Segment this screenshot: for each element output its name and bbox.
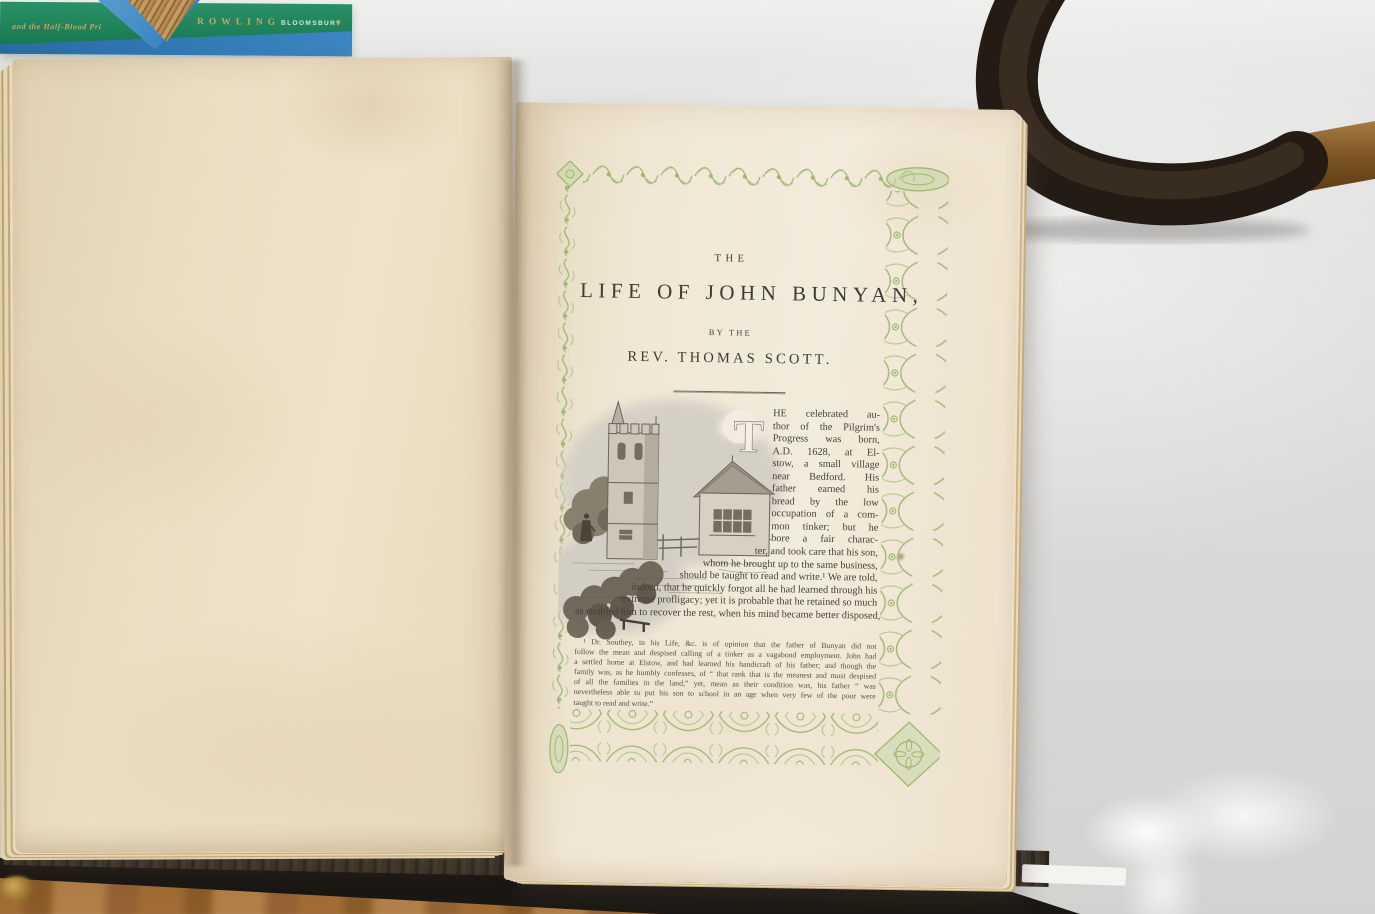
white-stain — [1030, 760, 1360, 914]
text-line: Progress was born, — [773, 433, 880, 447]
brass-knob — [0, 876, 34, 900]
text-line: HE celebrated au- — [773, 408, 880, 422]
green-book-sliver — [0, 112, 7, 182]
spine-publisher-text: BLOOMSBURY — [281, 20, 342, 27]
right-page: THE LIFE OF JOHN BUNYAN, BY THE REV. THO… — [504, 102, 1019, 888]
text-line: father earned his — [772, 483, 879, 497]
border-bottom-band — [570, 709, 879, 766]
border-corner-top-right — [887, 167, 949, 191]
book-title: LIFE OF JOHN BUNYAN, — [580, 278, 882, 308]
publisher-logo-icon: ♦ — [336, 17, 341, 27]
left-page — [12, 57, 515, 853]
border-corner-bottom-right — [874, 722, 943, 787]
author-name: REV. THOMAS SCOTT. — [579, 348, 881, 370]
paragraph-narrow-column: HE celebrated au-thor of the Pilgrim'sPr… — [771, 408, 880, 547]
border-corner-top-left — [557, 161, 583, 187]
footnote: ¹ Dr. Southey, in his Life, &c. is of op… — [573, 637, 876, 712]
border-top-band — [583, 161, 915, 191]
page-gutter-shadow — [498, 60, 530, 866]
spine-author-text: ROWLING — [197, 17, 280, 28]
border-corner-bottom-left — [549, 725, 568, 773]
initial-letter: T — [733, 410, 764, 461]
title-section: THE LIFE OF JOHN BUNYAN, BY THE REV. THO… — [578, 251, 882, 401]
border-right-band — [878, 191, 948, 715]
paragraph-step-lines: ter, and took care that his son,whom he … — [575, 543, 878, 623]
text-line: bore a fair charac- — [771, 533, 878, 547]
byline-label: BY THE — [579, 325, 881, 340]
spine-series-text: and the Half-Blood Pri — [12, 22, 101, 32]
text-line: occupation of a com- — [771, 508, 878, 522]
text-line: stow, a small village — [772, 458, 879, 472]
photo-surface: and the Half-Blood Pri ROWLING BLOOMSBUR… — [0, 0, 1375, 914]
